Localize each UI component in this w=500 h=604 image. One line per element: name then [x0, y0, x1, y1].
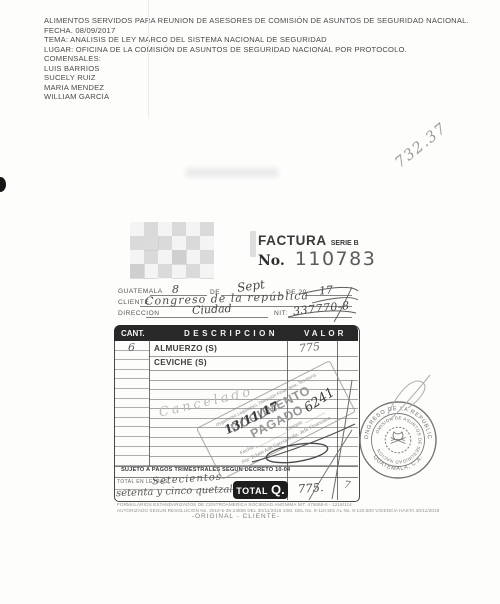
- handwritten-item-value: 775: [298, 340, 320, 355]
- scanned-invoice-page: ALIMENTOS SERVIDOS PARA REUNION DE ASESO…: [0, 0, 500, 604]
- header-cant: CANT.: [121, 329, 145, 338]
- number-label: No.: [258, 253, 285, 269]
- fine-print-line: FORMULARIOS ESTANDARIZADOS DE CENTROAMER…: [117, 502, 352, 507]
- item-description: CEVICHE (S): [154, 358, 207, 367]
- table-rule-line: [115, 417, 149, 418]
- memo-line: LUGAR: OFICINA DE LA COMISIÓN DE ASUNTOS…: [44, 45, 474, 55]
- table-header: CANT. DESCRIPCION VALOR: [114, 325, 358, 341]
- memo-line: TEMA: ANALISIS DE LEY MARCO DEL SISTEMA …: [44, 35, 474, 45]
- header-descripcion: DESCRIPCION: [184, 329, 278, 338]
- table-rule-line: [149, 356, 358, 357]
- memo-line: LUIS BARRIOS: [44, 64, 474, 74]
- table-rule-line: [115, 359, 149, 360]
- total-box: TOTALQ.: [233, 481, 288, 499]
- nit-label: NIT:: [274, 310, 288, 317]
- memo-line: WILLIAM GARCIA: [44, 92, 474, 102]
- table-rule-line: [115, 455, 149, 456]
- handwritten-corner-amount: 732.37: [391, 119, 450, 172]
- memo-line: ALIMENTOS SERVIDOS PARA REUNION DE ASESO…: [44, 16, 474, 26]
- memo-line: COMENSALES:: [44, 54, 474, 64]
- table-rule-line: [115, 436, 149, 437]
- seal-wreath: [385, 427, 411, 453]
- hole-punch-mark: [0, 177, 6, 192]
- table-divider-line: [149, 340, 150, 466]
- memo-block: ALIMENTOS SERVIDOS PARA REUNION DE ASESO…: [44, 16, 474, 102]
- print-artifact-bar: [250, 231, 256, 257]
- invoice-number: 110783: [295, 248, 377, 270]
- redaction-mosaic: [130, 222, 214, 279]
- table-rule-line: [115, 369, 149, 370]
- invoice-number-row: No.110783: [258, 248, 376, 270]
- memo-line: FECHA. 08/09/2017: [44, 26, 474, 36]
- table-rule-line: [115, 407, 149, 408]
- copy-type-label: -ORIGINAL - CLIENTE-: [114, 513, 358, 520]
- factura-label: FACTURA: [258, 233, 327, 248]
- table-rule-line: [115, 426, 149, 427]
- table-rule-line: [115, 446, 149, 447]
- memo-line: SUCELY RUIZ: [44, 73, 474, 83]
- official-round-seal: CONGRESO DE LA REPÚBLICA GUATEMALA, C.A.…: [357, 399, 439, 481]
- erased-text-smudge: [186, 168, 278, 177]
- header-valor: VALOR: [304, 329, 346, 338]
- handwritten-total-value: 775.: [298, 480, 325, 496]
- mosaic-tile: [144, 236, 159, 251]
- mosaic-tile: [172, 250, 187, 265]
- table-rule-line: [115, 378, 149, 379]
- table-rule-line: [115, 398, 149, 399]
- total-label: TOTAL: [236, 486, 268, 496]
- seal-crossed-rifles: [391, 438, 406, 444]
- memo-line: MARIA MENDEZ: [44, 83, 474, 93]
- table-rule-line: [115, 388, 149, 389]
- serie-label: SERIE B: [331, 240, 359, 247]
- total-q-label: Q.: [271, 482, 285, 497]
- handwritten-address: Ciudad: [192, 302, 232, 317]
- item-description: ALMUERZO (S): [154, 344, 217, 353]
- scan-fold-line: [148, 0, 149, 118]
- handwritten-quantity: 6: [128, 341, 135, 354]
- mosaic-tile: [130, 264, 145, 279]
